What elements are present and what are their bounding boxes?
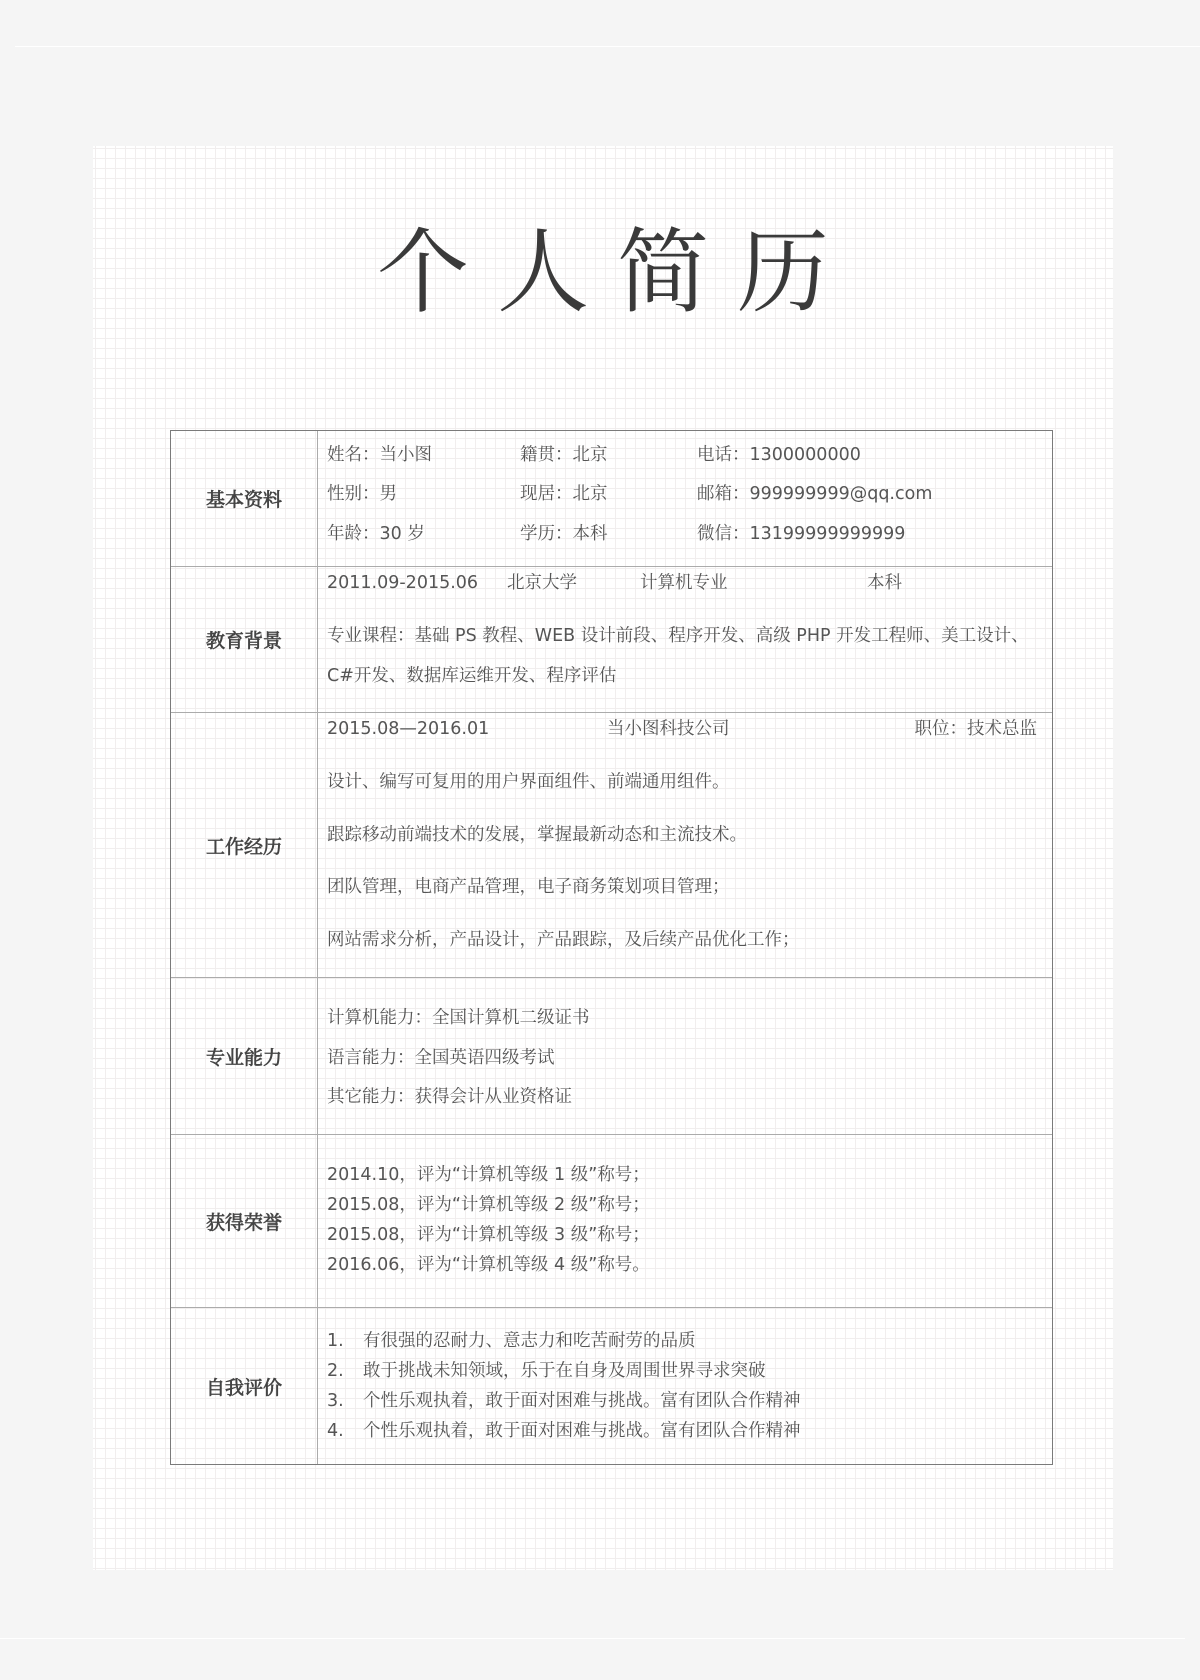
work-company: 当小图科技公司 <box>607 719 730 739</box>
evaluation-text: 有很强的忍耐力、意志力和吃苦耐劳的品质 <box>363 1331 696 1351</box>
evaluation-text: 敢于挑战未知领域，乐于在自身及周围世界寻求突破 <box>363 1361 766 1381</box>
evaluation-number: 4. <box>327 1421 344 1441</box>
work-summary: 2015.08—2016.01 当小图科技公司 职位：技术总监 <box>327 719 1037 739</box>
basic-row-1: 姓名：当小图 籍贯：北京 电话：1300000000 <box>327 445 1027 465</box>
basic-row-2: 性别：男 现居：北京 邮箱：999999999@qq.com <box>327 484 1027 504</box>
honors-content: 2014.10，评为“计算机等级 1 级”称号； 2015.08，评为“计算机等… <box>318 1135 1052 1307</box>
skill-item: 其它能力：获得会计从业资格证 <box>327 1087 572 1107</box>
education-degree: 本科 <box>867 573 902 593</box>
education-courses-line-1: 专业课程：基础 PS 教程、WEB 设计前段、程序开发、高级 PHP 开发工程师… <box>327 626 1029 646</box>
skill-item: 语言能力：全国英语四级考试 <box>327 1048 555 1068</box>
honor-item: 2015.08，评为“计算机等级 2 级”称号； <box>327 1195 650 1215</box>
self-evaluation-content: 1. 有很强的忍耐力、意志力和吃苦耐劳的品质 2. 敢于挑战未知领域，乐于在自身… <box>318 1308 1052 1464</box>
section-honors: 获得荣誉 2014.10，评为“计算机等级 1 级”称号； 2015.08，评为… <box>171 1134 1052 1307</box>
evaluation-number: 3. <box>327 1391 344 1411</box>
skill-item: 计算机能力：全国计算机二级证书 <box>327 1008 590 1028</box>
field-native-place: 籍贯：北京 <box>520 445 608 465</box>
evaluation-text: 个性乐观执着，敢于面对困难与挑战。富有团队合作精神 <box>363 1421 801 1441</box>
section-education: 教育背景 2011.09-2015.06 北京大学 计算机专业 本科 专业课程：… <box>171 566 1052 712</box>
education-school: 北京大学 <box>507 573 577 593</box>
work-duty: 跟踪移动前端技术的发展，掌握最新动态和主流技术。 <box>327 825 747 845</box>
page-title: 个人简历 <box>93 218 1113 328</box>
section-label-honors: 获得荣誉 <box>171 1135 318 1307</box>
field-residence: 现居：北京 <box>520 484 608 504</box>
work-position: 职位：技术总监 <box>915 719 1038 739</box>
education-period: 2011.09-2015.06 <box>327 573 478 593</box>
work-duty: 团队管理，电商产品管理，电子商务策划项目管理； <box>327 877 730 897</box>
skills-content: 计算机能力：全国计算机二级证书 语言能力：全国英语四级考试 其它能力：获得会计从… <box>318 978 1052 1134</box>
bottom-divider <box>0 1638 1185 1639</box>
field-email: 邮箱：999999999@qq.com <box>697 484 932 504</box>
work-duty: 设计、编写可复用的用户界面组件、前端通用组件。 <box>327 772 730 792</box>
work-period: 2015.08—2016.01 <box>327 719 489 739</box>
work-duty: 网站需求分析，产品设计，产品跟踪，及后续产品优化工作； <box>327 930 800 950</box>
field-name: 姓名：当小图 <box>327 445 432 465</box>
field-age: 年龄：30 岁 <box>327 524 425 544</box>
basic-row-3: 年龄：30 岁 学历：本科 微信：13199999999999 <box>327 524 1027 544</box>
section-self-evaluation: 自我评价 1. 有很强的忍耐力、意志力和吃苦耐劳的品质 2. 敢于挑战未知领域，… <box>171 1307 1052 1464</box>
resume-page: 个人简历 基本资料 姓名：当小图 籍贯：北京 电话：1300000000 性别：… <box>93 146 1113 1570</box>
honor-item: 2014.10，评为“计算机等级 1 级”称号； <box>327 1165 650 1185</box>
section-label-skills: 专业能力 <box>171 978 318 1134</box>
education-courses-line-2: C#开发、数据库运维开发、程序评估 <box>327 666 616 686</box>
field-education-level: 学历：本科 <box>520 524 608 544</box>
evaluation-number: 2. <box>327 1361 344 1381</box>
education-major: 计算机专业 <box>640 573 728 593</box>
education-content: 2011.09-2015.06 北京大学 计算机专业 本科 专业课程：基础 PS… <box>318 567 1052 712</box>
work-content: 2015.08—2016.01 当小图科技公司 职位：技术总监 设计、编写可复用… <box>318 713 1052 977</box>
section-label-self-evaluation: 自我评价 <box>171 1308 318 1464</box>
resume-table: 基本资料 姓名：当小图 籍贯：北京 电话：1300000000 性别：男 现居：… <box>170 430 1053 1465</box>
field-gender: 性别：男 <box>327 484 397 504</box>
evaluation-text: 个性乐观执着，敢于面对困难与挑战。富有团队合作精神 <box>363 1391 801 1411</box>
education-summary: 2011.09-2015.06 北京大学 计算机专业 本科 <box>327 573 1027 593</box>
field-phone: 电话：1300000000 <box>697 445 861 465</box>
section-work: 工作经历 2015.08—2016.01 当小图科技公司 职位：技术总监 设计、… <box>171 712 1052 977</box>
top-divider <box>15 46 1200 47</box>
section-skills: 专业能力 计算机能力：全国计算机二级证书 语言能力：全国英语四级考试 其它能力：… <box>171 977 1052 1134</box>
section-label-work: 工作经历 <box>171 713 318 977</box>
section-label-basic: 基本资料 <box>171 431 318 566</box>
honor-item: 2016.06，评为“计算机等级 4 级”称号。 <box>327 1255 650 1275</box>
section-label-education: 教育背景 <box>171 567 318 712</box>
evaluation-number: 1. <box>327 1331 344 1351</box>
section-basic: 基本资料 姓名：当小图 籍贯：北京 电话：1300000000 性别：男 现居：… <box>171 431 1052 566</box>
basic-content: 姓名：当小图 籍贯：北京 电话：1300000000 性别：男 现居：北京 邮箱… <box>318 431 1052 566</box>
honor-item: 2015.08，评为“计算机等级 3 级”称号； <box>327 1225 650 1245</box>
field-wechat: 微信：13199999999999 <box>697 524 905 544</box>
